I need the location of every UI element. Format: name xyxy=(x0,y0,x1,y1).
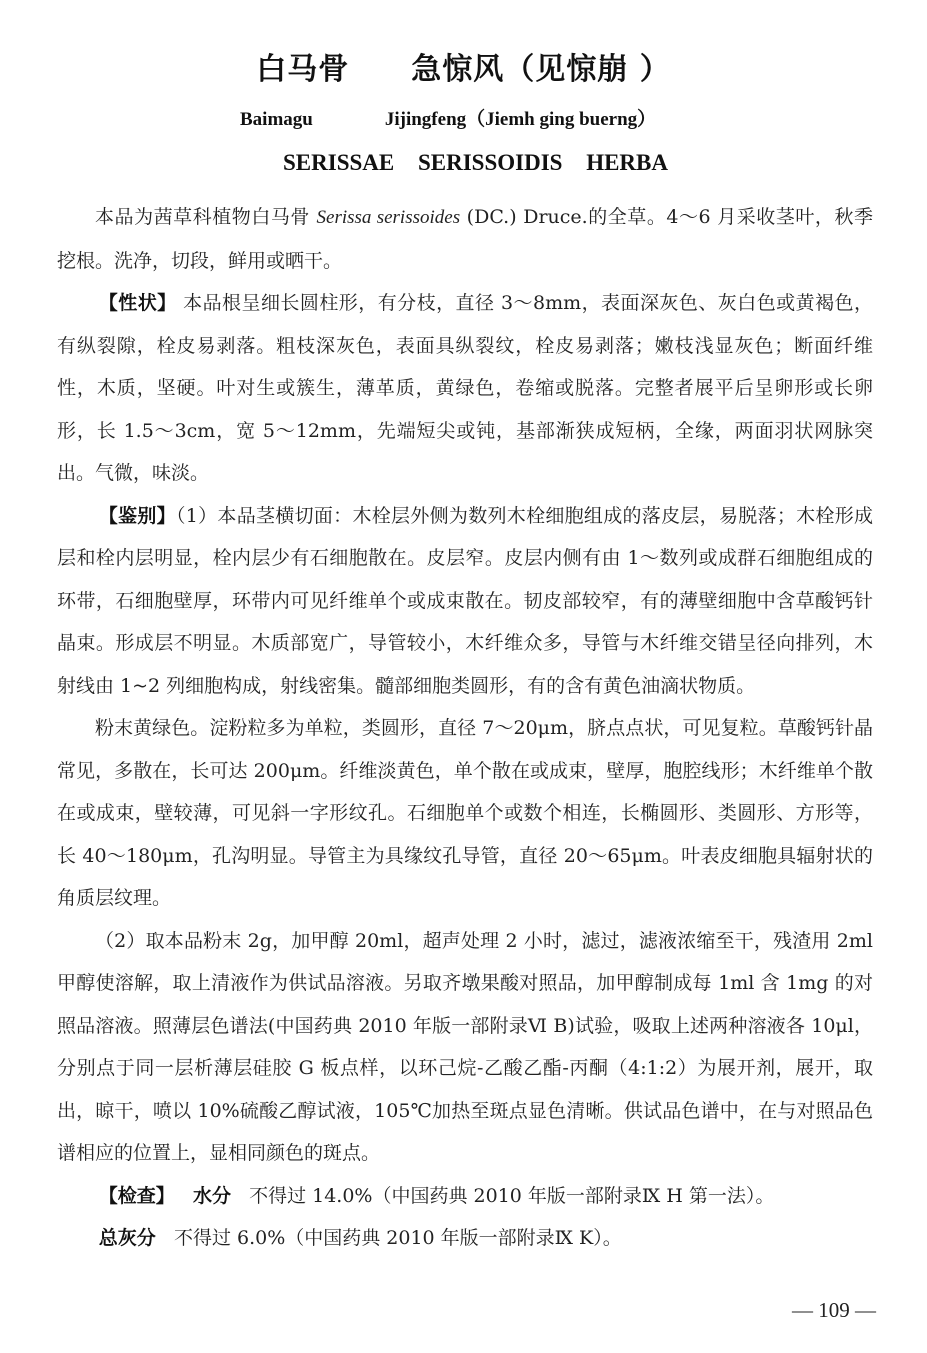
characteristics-heading: 【性状】 xyxy=(99,292,177,314)
page-number: — 109 — xyxy=(792,1298,876,1323)
intro-paragraph: 本品为茜草科植物白马骨 Serissa serissoides (DC.) Dr… xyxy=(57,196,873,282)
pinyin-alternate: Jijingfeng（Jiemh ging buerng） xyxy=(385,109,656,130)
ash-text: 不得过 6.0%（中国药典 2010 年版一部附录Ⅸ K）。 xyxy=(174,1227,622,1249)
title-alternate: 急惊风（见惊崩 ） xyxy=(411,52,670,87)
title-main: 白马骨 xyxy=(256,52,349,87)
identification-powder-paragraph: 粉末黄绿色。淀粉粒多为单粒，类圆形，直径 7～20μm，脐点点状，可见复粒。草酸… xyxy=(57,707,873,920)
water-label: 水分 xyxy=(193,1185,231,1207)
identification-part2-text: （2）取本品粉末 2g，加甲醇 20ml，超声处理 2 小时，滤过，滤液浓缩至干… xyxy=(57,930,873,1165)
page-title-chinese: 白马骨急惊风（见惊崩 ） xyxy=(0,44,927,88)
pinyin-main: Baimagu xyxy=(240,109,313,130)
page-title-pinyin: BaimaguJijingfeng（Jiemh ging buerng） xyxy=(240,104,656,131)
intro-text-before: 本品为茜草科植物白马骨 xyxy=(95,206,317,228)
identification-heading: 【鉴别】 xyxy=(99,505,176,527)
characteristics-paragraph: 【性状】 本品根呈细长圆柱形，有分枝，直径 3～8mm，表面深灰色、灰白色或黄褐… xyxy=(57,282,873,495)
page-title-latin: SERISSAE SERISSOIDIS HERBA xyxy=(0,150,927,176)
water-text: 不得过 14.0%（中国药典 2010 年版一部附录Ⅸ H 第一法）。 xyxy=(249,1185,774,1207)
document-page: 白马骨急惊风（见惊崩 ） BaimaguJijingfeng（Jiemh gin… xyxy=(0,0,927,1353)
ash-label: 总灰分 xyxy=(99,1227,156,1249)
examination-ash-paragraph: 总灰分 不得过 6.0%（中国药典 2010 年版一部附录Ⅸ K）。 xyxy=(57,1217,873,1260)
identification-powder-text: 粉末黄绿色。淀粉粒多为单粒，类圆形，直径 7～20μm，脐点点状，可见复粒。草酸… xyxy=(57,717,873,909)
identification-paragraph-2: （2）取本品粉末 2g，加甲醇 20ml，超声处理 2 小时，滤过，滤液浓缩至干… xyxy=(57,920,873,1175)
examination-heading: 【检查】 xyxy=(99,1185,175,1207)
identification-paragraph-1: 【鉴别】（1）本品茎横切面：木栓层外侧为数列木栓细胞组成的落皮层，易脱落；木栓形… xyxy=(57,495,873,708)
monograph-body: 本品为茜草科植物白马骨 Serissa serissoides (DC.) Dr… xyxy=(57,196,873,1260)
characteristics-text: 本品根呈细长圆柱形，有分枝，直径 3～8mm，表面深灰色、灰白色或黄褐色，有纵裂… xyxy=(57,292,873,484)
species-name: Serissa serissoides xyxy=(317,207,461,228)
examination-water-paragraph: 【检查】 水分 不得过 14.0%（中国药典 2010 年版一部附录Ⅸ H 第一… xyxy=(57,1175,873,1218)
identification-part1-text: （1）本品茎横切面：木栓层外侧为数列木栓细胞组成的落皮层，易脱落；木栓形成层和栓… xyxy=(57,505,873,697)
